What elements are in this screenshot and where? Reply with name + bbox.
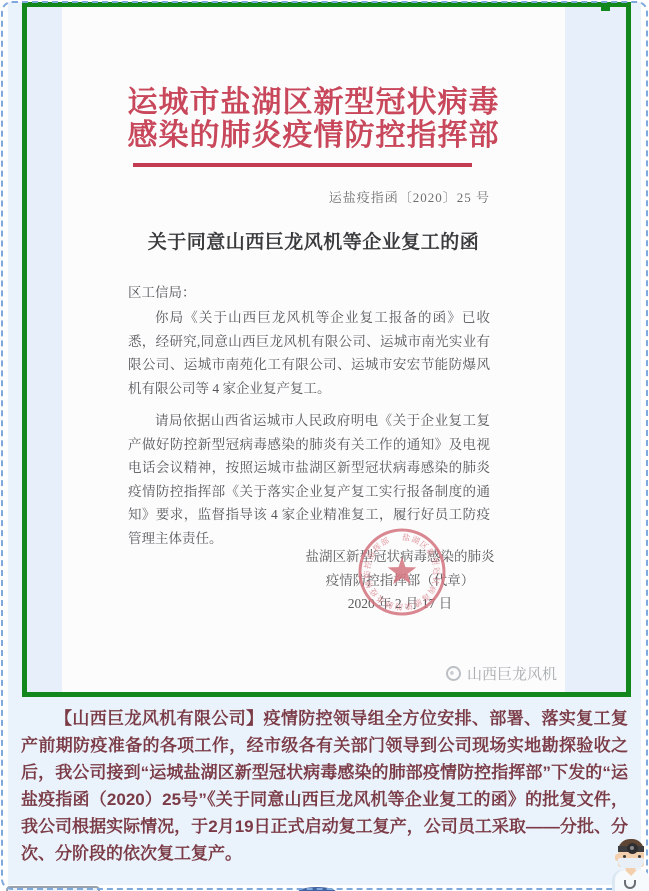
scanned-document: 运城市盐湖区新型冠状病毒 感染的肺炎疫情防控指挥部 运盐疫指函〔2020〕25 …	[22, 2, 631, 697]
next-section-box-cutoff	[6, 886, 100, 891]
letterhead-line1: 运城市盐湖区新型冠状病毒	[62, 86, 565, 119]
face-mask-icon	[618, 858, 644, 868]
document-number: 运盐疫指函〔2020〕25 号	[329, 187, 490, 206]
official-seal-stamp: 盐湖区新型冠状病毒感染的肺炎疫情防控指挥部	[356, 526, 448, 618]
letterhead-divider	[133, 163, 472, 167]
seal-star-icon	[388, 557, 417, 584]
caption-paragraph: 【山西巨龙风机有限公司】疫情防控领导组全方位安排、部署、落实复工复产前期防疫准备…	[21, 705, 628, 867]
next-section-circle-cutoff	[298, 887, 336, 891]
document-body: 你局《关于山西巨龙风机等企业复工报备的函》已收悉，经研究,同意山西巨龙风机有限公…	[128, 306, 490, 550]
watermark-text: 山西巨龙风机	[467, 663, 557, 684]
julong-logo-icon	[446, 666, 461, 681]
salutation: 区工信局：	[128, 281, 196, 301]
letterhead-line2: 感染的肺炎疫情防控指挥部	[62, 119, 565, 152]
doctor-mascot	[612, 839, 649, 891]
document-paper: 运城市盐湖区新型冠状病毒 感染的肺炎疫情防控指挥部 运盐疫指函〔2020〕25 …	[62, 7, 565, 692]
document-title: 关于同意山西巨龙风机等企业复工的函	[62, 227, 565, 254]
paragraph-1: 你局《关于山西巨龙风机等企业复工报备的函》已收悉，经研究,同意山西巨龙风机有限公…	[128, 306, 490, 400]
head-mirror-icon	[627, 843, 638, 854]
letterhead: 运城市盐湖区新型冠状病毒 感染的肺炎疫情防控指挥部	[62, 86, 565, 152]
article-image: 运城市盐湖区新型冠状病毒 感染的肺炎疫情防控指挥部 运盐疫指函〔2020〕25 …	[0, 0, 649, 891]
scan-border-artifact	[601, 6, 610, 11]
watermark: 山西巨龙风机	[446, 663, 557, 684]
